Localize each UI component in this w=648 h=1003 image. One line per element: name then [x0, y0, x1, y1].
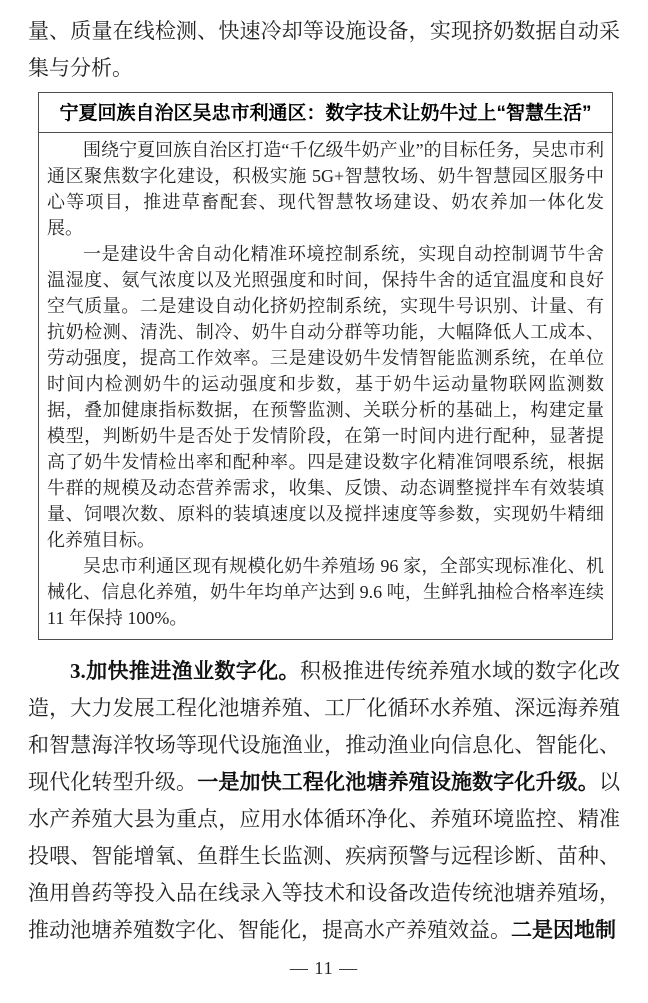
case-box-body: 围绕宁夏回族自治区打造“千亿级牛奶产业”的目标任务，吴忠市利通区聚焦数字化建设，… [39, 133, 612, 639]
fishery-paragraph: 3.加快推进渔业数字化。积极推进传统养殖水域的数字化改造，大力发展工程化池塘养殖… [28, 653, 620, 949]
text-run: 以水产养殖大县为重点，应用水体循环净化、养殖环境监控、精准投喂、智能增氧、鱼群生… [28, 770, 620, 942]
case-study-box: 宁夏回族自治区吴忠市利通区：数字技术让奶牛过上“智慧生活” 围绕宁夏回族自治区打… [38, 92, 613, 640]
intro-paragraph: 量、质量在线检测、快速冷却等设施设备，实现挤奶数据自动采集与分析。 [28, 13, 620, 87]
bold-text-run: 一是加快工程化池塘养殖设施数字化升级。 [197, 770, 599, 794]
bold-text-run: 3.加快推进渔业数字化。 [70, 659, 300, 683]
case-box-paragraph: 吴忠市利通区现有规模化奶牛养殖场 96 家，全部实现标准化、机械化、信息化养殖，… [47, 553, 604, 631]
case-box-paragraph: 一是建设牛舍自动化精准环境控制系统，实现自动控制调节牛舍温湿度、氨气浓度以及光照… [47, 241, 604, 553]
page-number: — 11 — [0, 958, 648, 979]
bold-text-run: 二是因地制 [511, 918, 616, 942]
case-box-title: 宁夏回族自治区吴忠市利通区：数字技术让奶牛过上“智慧生活” [39, 93, 612, 133]
case-box-paragraph: 围绕宁夏回族自治区打造“千亿级牛奶产业”的目标任务，吴忠市利通区聚焦数字化建设，… [47, 137, 604, 241]
document-page: 量、质量在线检测、快速冷却等设施设备，实现挤奶数据自动采集与分析。 宁夏回族自治… [0, 0, 648, 1003]
